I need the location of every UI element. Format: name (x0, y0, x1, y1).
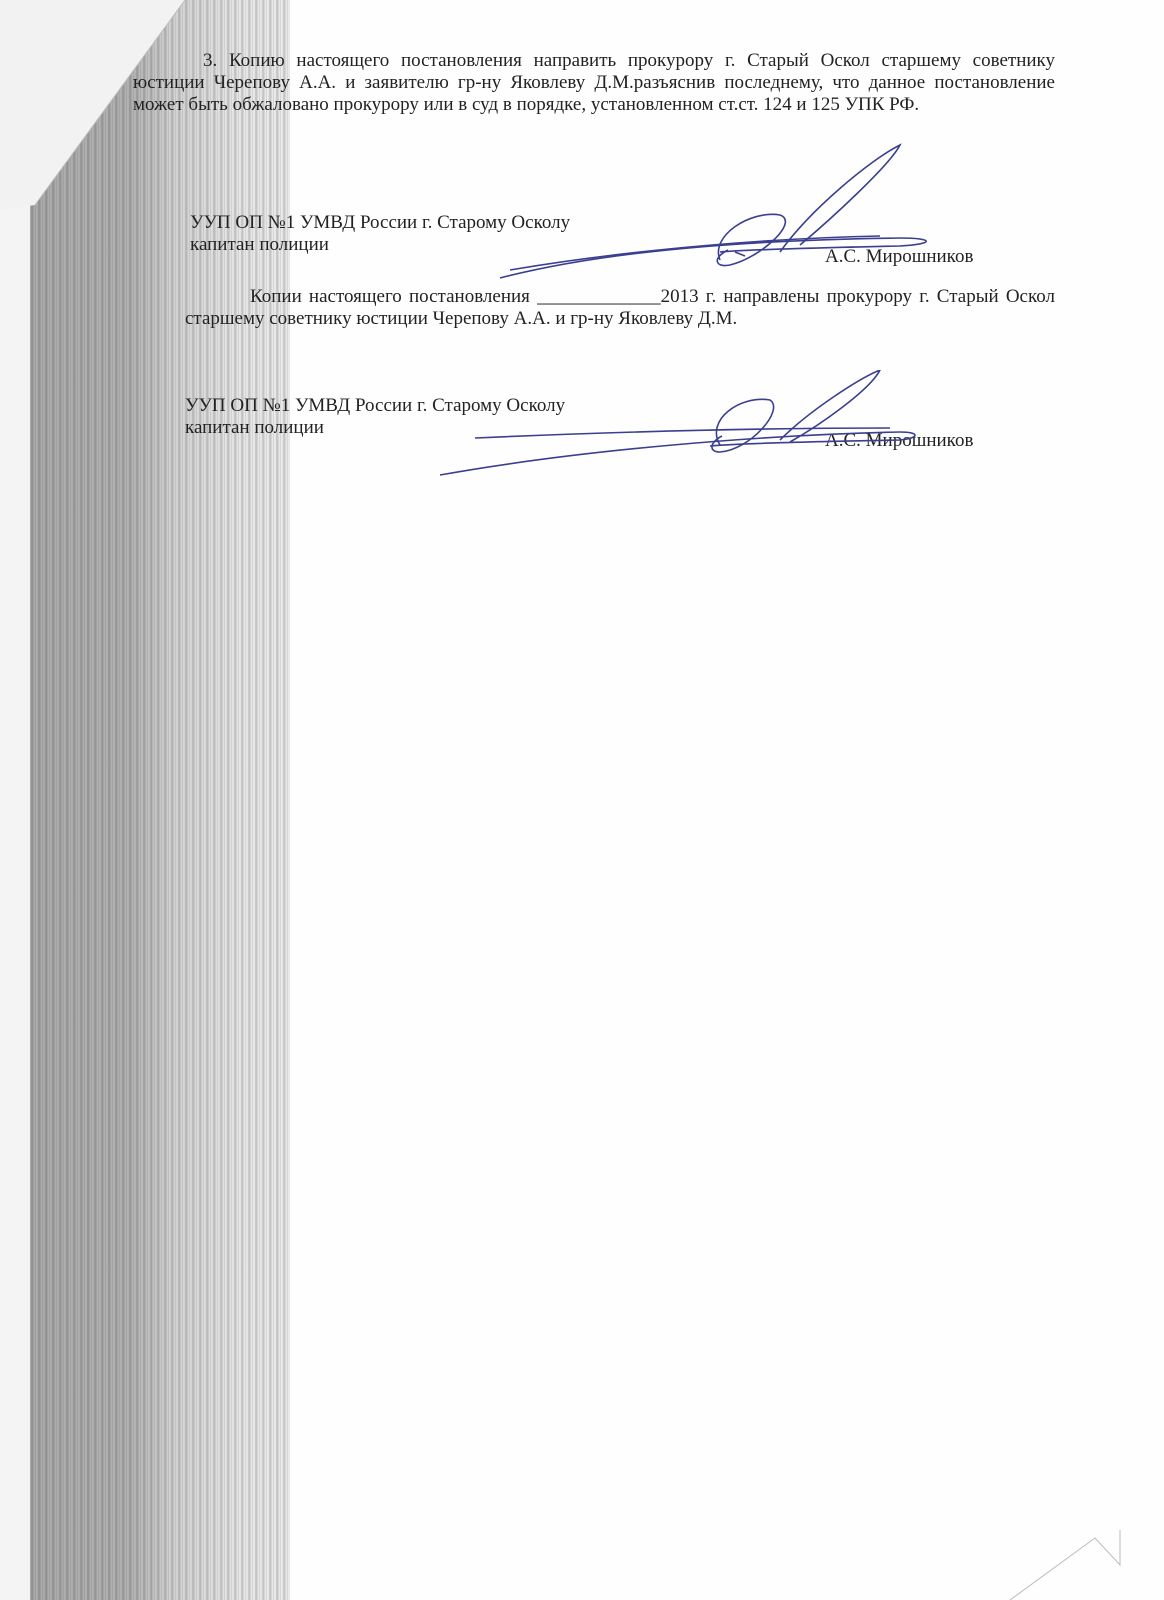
scan-edge (0, 0, 30, 1600)
signature-2-position-line-2: капитан полиции (185, 417, 324, 439)
signature-1-position-line-2: капитан полиции (190, 234, 329, 256)
signature-1-position-line-1: УУП ОП №1 УМВД России г. Старому Осколу (190, 212, 570, 234)
folded-corner-bottom (1010, 1530, 1140, 1600)
signature-1-name: А.С. Мирошников (825, 246, 973, 268)
paragraph-3-text: 3. Копию настоящего постановления направ… (133, 50, 1055, 115)
copies-note-text: Копии настоящего постановления _________… (185, 286, 1055, 329)
signature-2-name: А.С. Мирошников (825, 430, 973, 452)
copies-note: Копии настоящего постановления _________… (185, 286, 1055, 330)
paragraph-3: 3. Копию настоящего постановления направ… (133, 50, 1055, 116)
scanned-page: 3. Копию настоящего постановления направ… (0, 0, 1164, 1600)
signature-2-position-line-1: УУП ОП №1 УМВД России г. Старому Осколу (185, 395, 565, 417)
